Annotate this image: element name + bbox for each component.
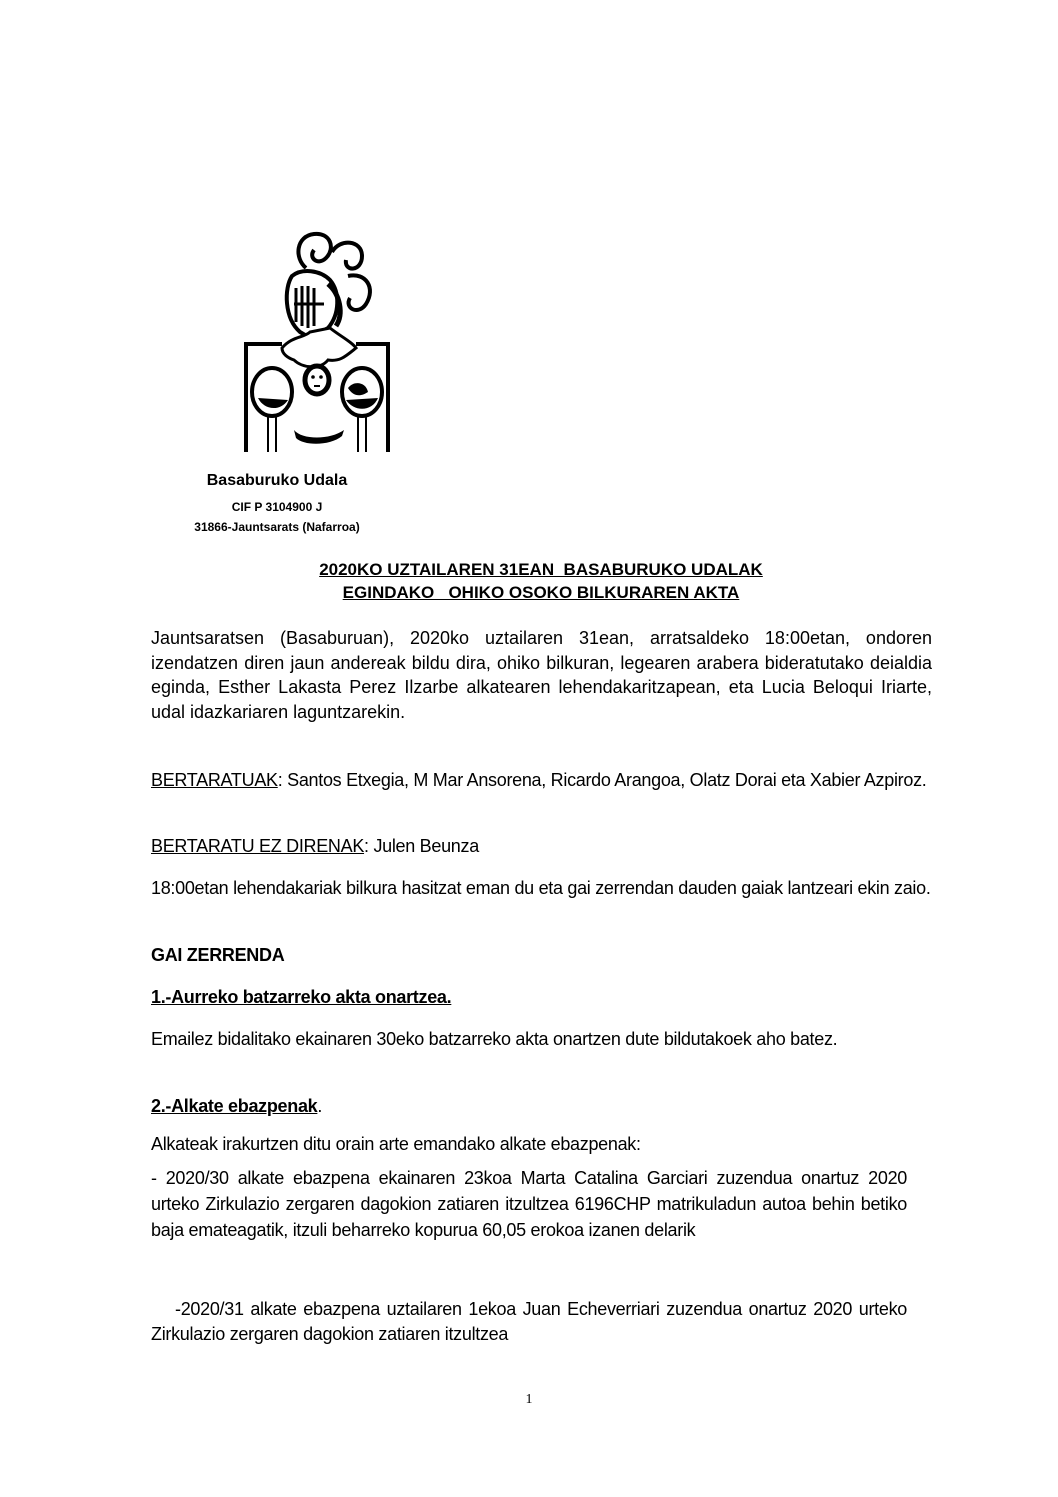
title-line-2: EGINDAKO OHIKO OSOKO BILKURAREN AKTA: [150, 581, 932, 604]
agenda-item-2-title: 2.-Alkate ebazpenak: [151, 1096, 317, 1116]
agenda-item-1-text: Emailez bidalitako ekainaren 30eko batza…: [151, 1027, 932, 1052]
absentees-paragraph: BERTARATU EZ DIRENAK: Julen Beunza: [151, 834, 932, 859]
resolution-2020-31: -2020/31 alkate ebazpena uztailaren 1eko…: [151, 1297, 907, 1346]
attendees-list: : Santos Etxegia, M Mar Ansorena, Ricard…: [278, 770, 927, 790]
document-page: Basaburuko Udala CIF P 3104900 J 31866-J…: [0, 0, 1058, 1497]
absentees-list: : Julen Beunza: [364, 836, 479, 856]
document-title: 2020KO UZTAILAREN 31EAN BASABURUKO UDALA…: [150, 558, 932, 604]
resolution-2020-30: - 2020/30 alkate ebazpena ekainaren 23ko…: [151, 1165, 907, 1243]
organization-address: 31866-Jauntsarats (Nafarroa): [150, 520, 404, 534]
agenda-item-1-heading: 1.-Aurreko batzarreko akta onartzea.: [151, 985, 932, 1010]
intro-paragraph: Jauntsaratsen (Basaburuan), 2020ko uztai…: [151, 626, 932, 724]
session-start-paragraph: 18:00etan lehendakariak bilkura hasitzat…: [151, 876, 932, 901]
organization-cif: CIF P 3104900 J: [150, 500, 404, 514]
absentees-label: BERTARATU EZ DIRENAK: [151, 836, 364, 856]
page-number: 1: [0, 1392, 1058, 1408]
agenda-item-2-suffix: .: [317, 1096, 322, 1116]
agenda-item-2-heading: 2.-Alkate ebazpenak.: [151, 1094, 932, 1119]
attendees-paragraph: BERTARATUAK: Santos Etxegia, M Mar Ansor…: [151, 768, 932, 793]
coat-of-arms-icon: [244, 228, 390, 452]
organization-name: Basaburuko Udala: [150, 472, 404, 490]
attendees-label: BERTARATUAK: [151, 770, 278, 790]
resolution-2020-31-text: -2020/31 alkate ebazpena uztailaren 1eko…: [151, 1299, 907, 1344]
agenda-heading: GAI ZERRENDA: [151, 943, 932, 968]
title-line-1: 2020KO UZTAILAREN 31EAN BASABURUKO UDALA…: [150, 558, 932, 581]
agenda-item-2-text: Alkateak irakurtzen ditu orain arte eman…: [151, 1132, 932, 1157]
